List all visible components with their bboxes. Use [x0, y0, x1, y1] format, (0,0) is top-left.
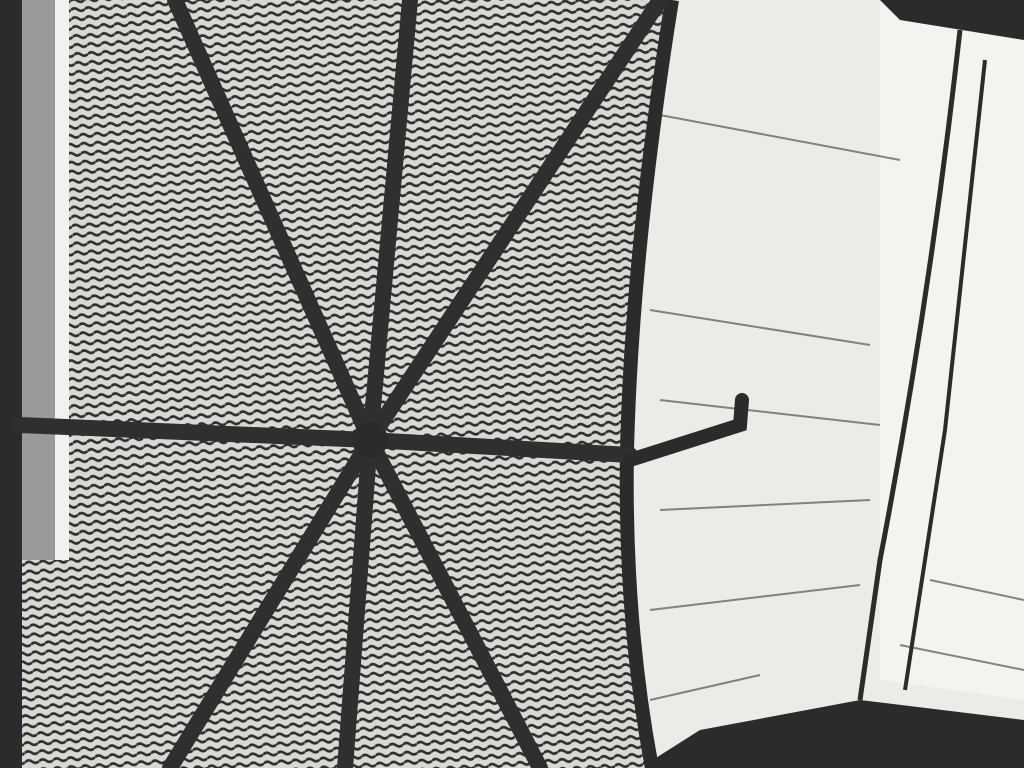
- photo-canvas: [0, 0, 1024, 768]
- photograph: [0, 0, 1024, 768]
